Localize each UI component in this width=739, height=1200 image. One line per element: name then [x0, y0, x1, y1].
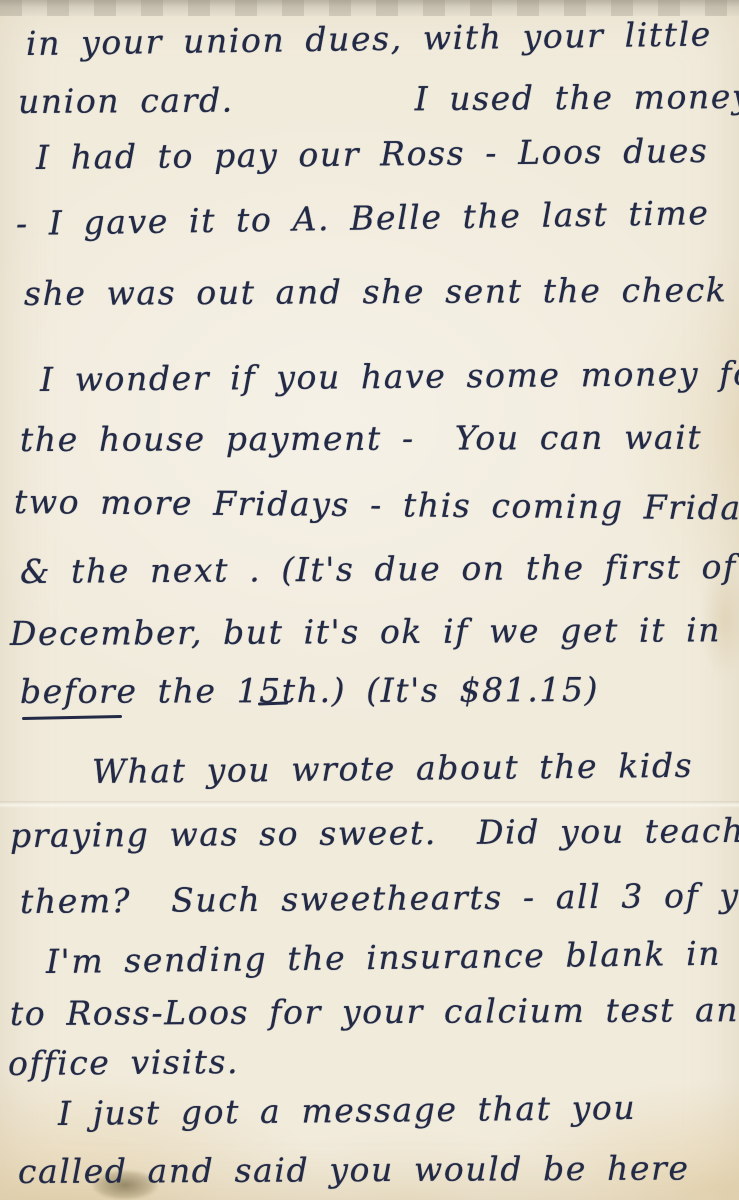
- handwritten-line: I'm sending the insurance blank in: [46, 934, 722, 981]
- handwritten-line: to Ross-Loos for your calcium test and: [10, 990, 739, 1033]
- handwritten-line: - I gave it to A. Belle the last time: [16, 193, 710, 243]
- handwritten-line: I wonder if you have some money for: [40, 354, 739, 399]
- handwritten-line: December, but it's ok if we get it in: [10, 610, 721, 653]
- handwritten-line: two more Fridays - this coming Friday: [14, 482, 739, 528]
- handwritten-line: praying was so sweet. Did you teach: [10, 811, 739, 855]
- handwritten-line: them? Such sweethearts - all 3 of you.: [20, 875, 739, 921]
- handwritten-line: she was out and she sent the check in.: [24, 270, 739, 313]
- underline-stroke-before: [22, 715, 122, 720]
- handwritten-line: the house payment - You can wait: [20, 418, 702, 459]
- handwritten-line: What you wrote about the kids: [92, 746, 694, 791]
- handwritten-line: I just got a message that you: [58, 1088, 637, 1133]
- paper-top-edge: [0, 0, 739, 16]
- handwritten-line: in your union dues, with your little: [26, 14, 712, 63]
- fold-crease: [0, 801, 739, 808]
- handwritten-line: I had to pay our Ross - Loos dues: [36, 131, 709, 177]
- handwritten-line: before the 15th.) (It's $81.15): [20, 670, 599, 711]
- letter-page: in your union dues, with your little uni…: [0, 0, 739, 1200]
- handwritten-line: office visits.: [8, 1042, 239, 1083]
- handwritten-line: union card. I used the money: [18, 77, 739, 121]
- handwritten-line: called and said you would be here: [18, 1148, 690, 1191]
- handwritten-line: & the next . (It's due on the first of: [20, 547, 737, 591]
